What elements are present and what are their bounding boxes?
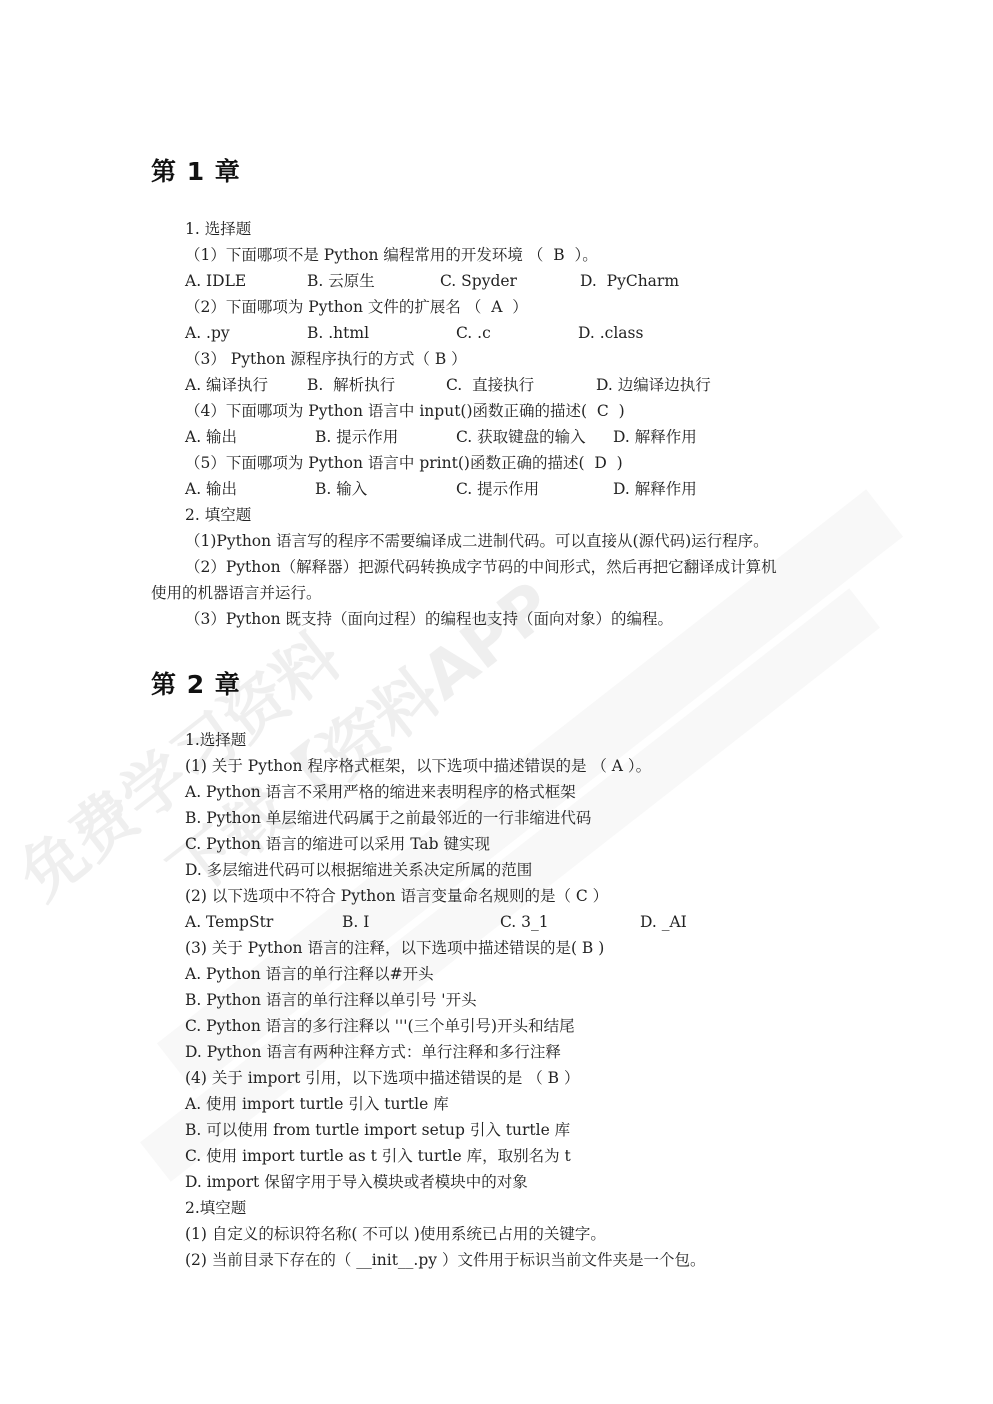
ch1-q2-stem: （2）下面哪项为 Python 文件的扩展名 （ A ） — [185, 297, 528, 317]
ch2-q2-stem: (2) 以下选项中不符合 Python 语言变量命名规则的是（ C ） — [185, 886, 608, 906]
ch2-q1-opt-b: B. Python 单层缩进代码属于之前最邻近的一行非缩进代码 — [185, 808, 591, 828]
ch2-q3-opt-c: C. Python 语言的多行注释以 '''(三个单引号)开头和结尾 — [185, 1016, 575, 1036]
ch1-q5-stem: （5）下面哪项为 Python 语言中 print()函数正确的描述( D ) — [185, 453, 623, 473]
ch1-q4-stem: （4）下面哪项为 Python 语言中 input()函数正确的描述( C ) — [185, 401, 625, 421]
ch1-section-fill: 2. 填空题 — [185, 505, 251, 525]
ch1-q3-opt-d: D. 边编译边执行 — [596, 375, 711, 395]
ch2-q3-opt-b: B. Python 语言的单行注释以单引号 '开头 — [185, 990, 477, 1010]
ch2-fill-2: (2) 当前目录下存在的（ __init__.py ）文件用于标识当前文件夹是一… — [185, 1250, 705, 1270]
ch1-q2-opt-b: B. .html — [307, 323, 369, 343]
ch2-q4-opt-a: A. 使用 import turtle 引入 turtle 库 — [185, 1094, 449, 1114]
ch1-q5-opt-b: B. 输入 — [315, 479, 367, 499]
ch1-fill-2: （2）Python（解释器）把源代码转换成字节码的中间形式，然后再把它翻译成计算… — [185, 557, 777, 577]
ch2-q2-opt-a: A. TempStr — [185, 912, 273, 932]
ch2-q3-opt-a: A. Python 语言的单行注释以#开头 — [185, 964, 434, 984]
ch1-q3-opt-b: B. 解析执行 — [307, 375, 395, 395]
document-page: 免费学习资料 下载【资料APP 第 1 章 1. 选择题 （1）下面哪项不是 P… — [0, 0, 993, 1404]
ch1-fill-3: （3）Python 既支持（面向过程）的编程也支持（面向对象）的编程。 — [185, 609, 673, 629]
ch1-q2-opt-a: A. .py — [185, 323, 230, 343]
ch1-q1-opt-c: C. Spyder — [440, 271, 517, 291]
ch1-q2-opt-c: C. .c — [456, 323, 491, 343]
ch1-q3-stem: （3） Python 源程序执行的方式（ B ） — [185, 349, 467, 369]
ch2-q1-opt-c: C. Python 语言的缩进可以采用 Tab 键实现 — [185, 834, 490, 854]
ch2-q2-opt-d: D. _AI — [640, 912, 687, 932]
ch1-q1-opt-d: D. PyCharm — [580, 271, 679, 291]
watermark-stripe — [140, 588, 880, 1181]
ch1-q4-opt-a: A. 输出 — [185, 427, 237, 447]
ch1-q2-opt-d: D. .class — [578, 323, 643, 343]
ch1-q4-opt-b: B. 提示作用 — [315, 427, 398, 447]
ch2-q1-opt-d: D. 多层缩进代码可以根据缩进关系决定所属的范围 — [185, 860, 532, 880]
ch1-section-choice: 1. 选择题 — [185, 219, 251, 239]
chapter-1-title: 第 1 章 — [151, 152, 241, 188]
ch1-q5-opt-d: D. 解释作用 — [613, 479, 697, 499]
ch1-q3-opt-c: C. 直接执行 — [446, 375, 534, 395]
ch2-q4-opt-c: C. 使用 import turtle as t 引入 turtle 库，取别名… — [185, 1146, 571, 1166]
ch2-fill-1: (1) 自定义的标识符名称( 不可以 )使用系统已占用的关键字。 — [185, 1224, 606, 1244]
ch2-q4-stem: (4) 关于 import 引用，以下选项中描述错误的是 （ B ） — [185, 1068, 579, 1088]
ch2-q3-stem: (3) 关于 Python 语言的注释，以下选项中描述错误的是( B ) — [185, 938, 604, 958]
ch1-q1-stem: （1）下面哪项不是 Python 编程常用的开发环境 （ B ）。 — [185, 245, 598, 265]
ch2-q1-opt-a: A. Python 语言不采用严格的缩进来表明程序的格式框架 — [185, 782, 576, 802]
chapter-2-title: 第 2 章 — [151, 665, 241, 701]
ch1-q4-opt-c: C. 获取键盘的输入 — [456, 427, 586, 447]
ch2-q4-opt-d: D. import 保留字用于导入模块或者模块中的对象 — [185, 1172, 528, 1192]
ch2-q3-opt-d: D. Python 语言有两种注释方式：单行注释和多行注释 — [185, 1042, 561, 1062]
ch1-q5-opt-c: C. 提示作用 — [456, 479, 539, 499]
ch1-fill-1: （1)Python 语言写的程序不需要编译成二进制代码。可以直接从(源代码)运行… — [185, 531, 769, 551]
ch2-q1-stem: (1) 关于 Python 程序格式框架，以下选项中描述错误的是 （ A ）。 — [185, 756, 651, 776]
ch1-q3-opt-a: A. 编译执行 — [185, 375, 268, 395]
ch2-section-fill: 2.填空题 — [185, 1198, 246, 1218]
ch1-q1-opt-b: B. 云原生 — [307, 271, 375, 291]
ch1-q5-opt-a: A. 输出 — [185, 479, 237, 499]
ch2-q2-opt-c: C. 3_1 — [500, 912, 549, 932]
ch2-section-choice: 1.选择题 — [185, 730, 246, 750]
ch2-q4-opt-b: B. 可以使用 from turtle import setup 引入 turt… — [185, 1120, 570, 1140]
ch1-fill-2-cont: 使用的机器语言并运行。 — [151, 583, 322, 603]
ch2-q2-opt-b: B. I — [342, 912, 369, 932]
ch1-q1-opt-a: A. IDLE — [185, 271, 246, 291]
ch1-q4-opt-d: D. 解释作用 — [613, 427, 697, 447]
